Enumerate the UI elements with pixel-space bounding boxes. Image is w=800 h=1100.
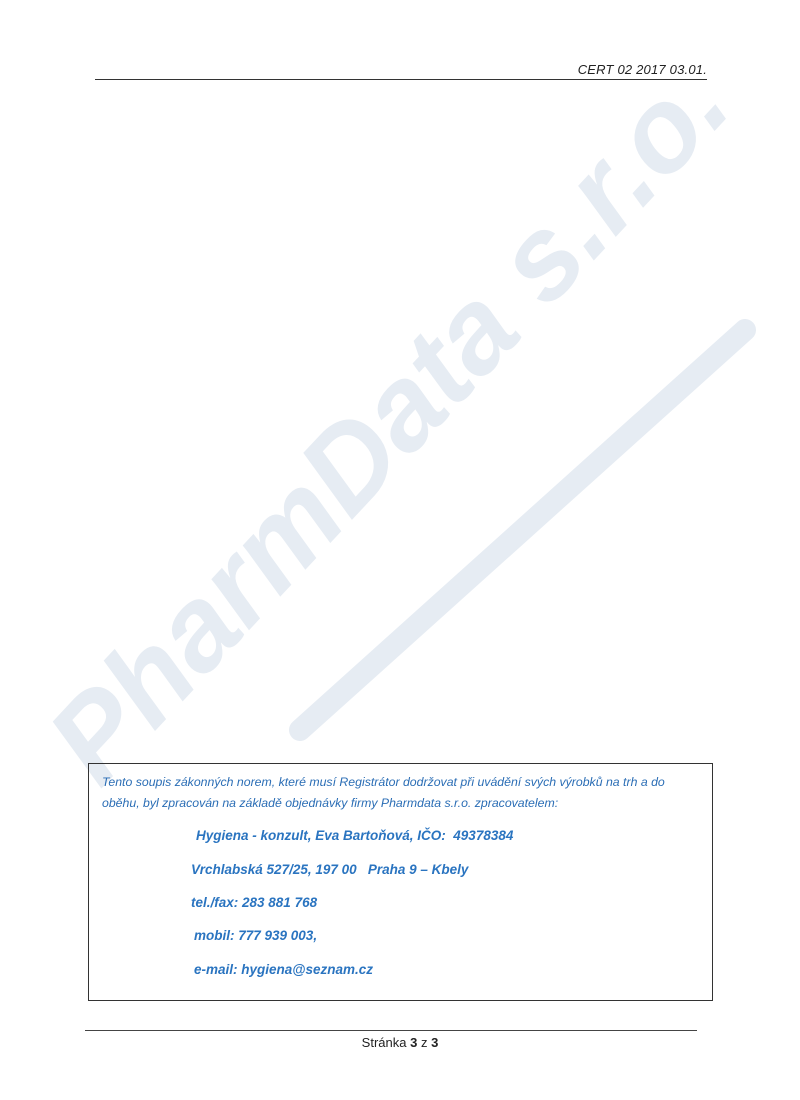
of-label: z xyxy=(421,1035,428,1050)
document-reference: CERT 02 2017 03.01. xyxy=(578,62,707,77)
intro-text: Tento soupis zákonných norem, které musí… xyxy=(102,772,702,814)
watermark-swoosh xyxy=(300,330,745,730)
page-number: Stránka 3 z 3 xyxy=(0,1035,800,1050)
page-label: Stránka xyxy=(362,1035,407,1050)
header-divider xyxy=(95,79,707,80)
mobile-line: mobil: 777 939 003, xyxy=(194,928,317,943)
processor-info-box: Tento soupis zákonných norem, které musí… xyxy=(88,763,713,1001)
address-line: Vrchlabská 527/25, 197 00 Praha 9 – Kbel… xyxy=(191,862,468,877)
footer-divider xyxy=(85,1030,697,1031)
telfax-line: tel./fax: 283 881 768 xyxy=(191,895,317,910)
total-pages: 3 xyxy=(431,1035,438,1050)
current-page: 3 xyxy=(410,1035,417,1050)
email-line[interactable]: e-mail: hygiena@seznam.cz xyxy=(194,962,373,977)
watermark-text: PharmData s.r.o. xyxy=(22,37,754,808)
company-line: Hygiena - konzult, Eva Bartoňová, IČO: 4… xyxy=(196,828,513,843)
